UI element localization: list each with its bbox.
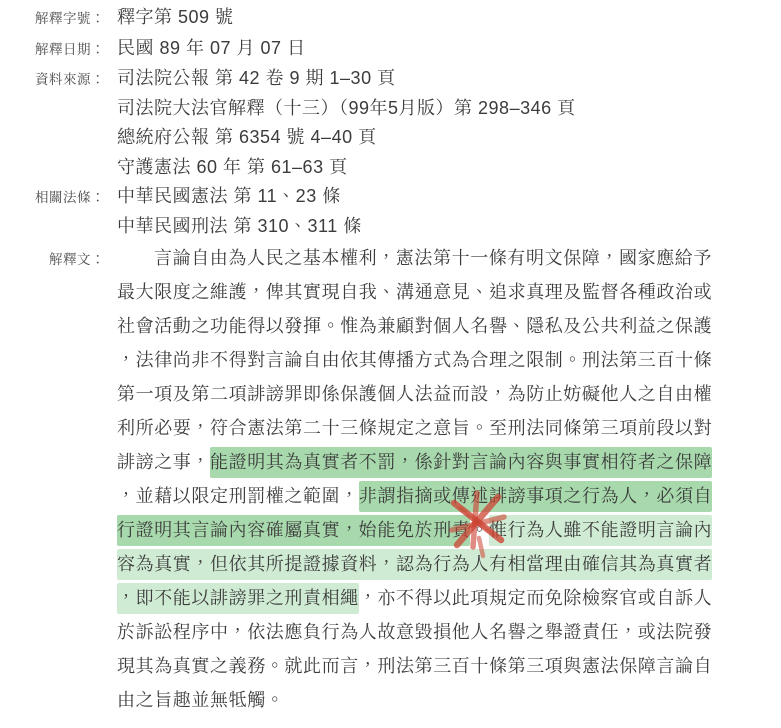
text-segment: 最大限度之維護，俾其實現自我、溝通意見、追求真理及監督各種政治或	[117, 282, 712, 302]
field-value-sources: 司法院公報 第 42 卷 9 期 1–30 頁 司法院大法官解釋（十三）（99年…	[117, 64, 576, 182]
text-segment: 誹謗之事，	[117, 452, 210, 472]
text-line: 現其為真實之義務。就此而言，刑法第三百十條第三項與憲法保障言論自	[117, 649, 781, 683]
field-row-sources: 資料來源： 司法院公報 第 42 卷 9 期 1–30 頁 司法院大法官解釋（十…	[0, 64, 781, 182]
text-segment: 。	[470, 520, 489, 540]
field-label-laws: 相關法條：	[0, 183, 117, 213]
field-row-laws: 相關法條： 中華民國憲法 第 11、23 條 中華民國刑法 第 310、311 …	[0, 182, 781, 241]
field-row-date: 解釋日期： 民國 89 年 07 月 07 日	[0, 34, 781, 65]
source-line: 總統府公報 第 6354 號 4–40 頁	[117, 123, 576, 153]
highlighted-text: 容為真實，但依其所提證據資料，認為行為人有相當理由確信其為真實者	[117, 549, 712, 580]
text-line: ，並藉以限定刑罰權之範圍，非謂指摘或傳述誹謗事項之行為人，必須自	[117, 479, 781, 513]
field-value-laws: 中華民國憲法 第 11、23 條 中華民國刑法 第 310、311 條	[117, 182, 362, 241]
highlighted-text: 非謂指摘或傳述誹謗事項之行為人，必須自	[359, 481, 712, 512]
text-line: 於訴訟程序中，依法應負行為人故意毀損他人名譽之舉證責任，或法院發	[117, 615, 781, 649]
text-line: 誹謗之事，能證明其為真實者不罰，係針對言論內容與事實相符者之保障	[117, 445, 781, 479]
field-label-date: 解釋日期：	[0, 35, 117, 65]
highlighted-text: 惟行為人雖不能證明言論內	[489, 515, 712, 546]
text-line: ，即不能以誹謗罪之刑責相繩，亦不得以此項規定而免除檢察官或自訴人	[117, 581, 781, 615]
highlighted-text: 能證明其為真實者不罰，係針對言論內容與事實相符者之保障	[210, 447, 712, 478]
text-line: 容為真實，但依其所提證據資料，認為行為人有相當理由確信其為真實者	[117, 547, 781, 581]
text-line: 第一項及第二項誹謗罪即係保護個人法益而設，為防止妨礙他人之自由權	[117, 377, 781, 411]
source-line: 司法院公報 第 42 卷 9 期 1–30 頁	[117, 64, 576, 94]
text-segment: 由之旨趣並無牴觸。	[117, 690, 284, 710]
highlighted-text: 行證明其言論內容確屬真實，始能免於刑責	[117, 515, 470, 546]
text-line: 行證明其言論內容確屬真實，始能免於刑責。惟行為人雖不能證明言論內	[117, 513, 781, 547]
source-line: 守護憲法 60 年 第 61–63 頁	[117, 153, 576, 183]
text-segment: 於訴訟程序中，依法應負行為人故意毀損他人名譽之舉證責任，或法院發	[117, 622, 712, 642]
source-line: 司法院大法官解釋（十三）（99年5月版）第 298–346 頁	[117, 94, 576, 124]
text-line: 最大限度之維護，俾其實現自我、溝通意見、追求真理及監督各種政治或	[117, 275, 781, 309]
field-row-number: 解釋字號： 釋字第 509 號	[0, 3, 781, 34]
text-line: 由之旨趣並無牴觸。	[117, 683, 781, 717]
text-segment: ，法律尚非不得對言論自由依其傳播方式為合理之限制。刑法第三百十條	[117, 350, 712, 370]
text-line: 言論自由為人民之基本權利，憲法第十一條有明文保障，國家應給予	[117, 241, 781, 275]
text-segment: 第一項及第二項誹謗罪即係保護個人法益而設，為防止妨礙他人之自由權	[117, 384, 712, 404]
highlighted-text: ，即不能以誹謗罪之刑責相繩	[117, 583, 359, 614]
interpretation-document-page: 解釋字號： 釋字第 509 號 解釋日期： 民國 89 年 07 月 07 日 …	[0, 0, 781, 728]
field-label-sources: 資料來源：	[0, 65, 117, 95]
text-line: 社會活動之功能得以發揮。惟為兼顧對個人名譽、隱私及公共利益之保護	[117, 309, 781, 343]
field-value-date: 民國 89 年 07 月 07 日	[117, 34, 306, 64]
field-label-number: 解釋字號：	[0, 4, 117, 34]
text-line: ，法律尚非不得對言論自由依其傳播方式為合理之限制。刑法第三百十條	[117, 343, 781, 377]
text-segment: ，並藉以限定刑罰權之範圍，	[117, 486, 359, 506]
text-segment: 言論自由為人民之基本權利，憲法第十一條有明文保障，國家應給予	[154, 248, 712, 268]
text-line: 利所必要，符合憲法第二十三條規定之意旨。至刑法同條第三項前段以對	[117, 411, 781, 445]
field-row-interpretation-text: 解釋文： 言論自由為人民之基本權利，憲法第十一條有明文保障，國家應給予最大限度之…	[0, 241, 781, 717]
field-label-interpretation-text: 解釋文：	[0, 243, 117, 277]
law-line: 中華民國憲法 第 11、23 條	[117, 182, 362, 212]
text-segment: 利所必要，符合憲法第二十三條規定之意旨。至刑法同條第三項前段以對	[117, 418, 712, 438]
text-segment: ，亦不得以此項規定而免除檢察官或自訴人	[359, 588, 712, 608]
interpretation-paragraph: 言論自由為人民之基本權利，憲法第十一條有明文保障，國家應給予最大限度之維護，俾其…	[117, 241, 781, 717]
law-line: 中華民國刑法 第 310、311 條	[117, 212, 362, 242]
text-segment: 社會活動之功能得以發揮。惟為兼顧對個人名譽、隱私及公共利益之保護	[117, 316, 712, 336]
field-value-number: 釋字第 509 號	[117, 3, 234, 33]
text-segment: 現其為真實之義務。就此而言，刑法第三百十條第三項與憲法保障言論自	[117, 656, 712, 676]
